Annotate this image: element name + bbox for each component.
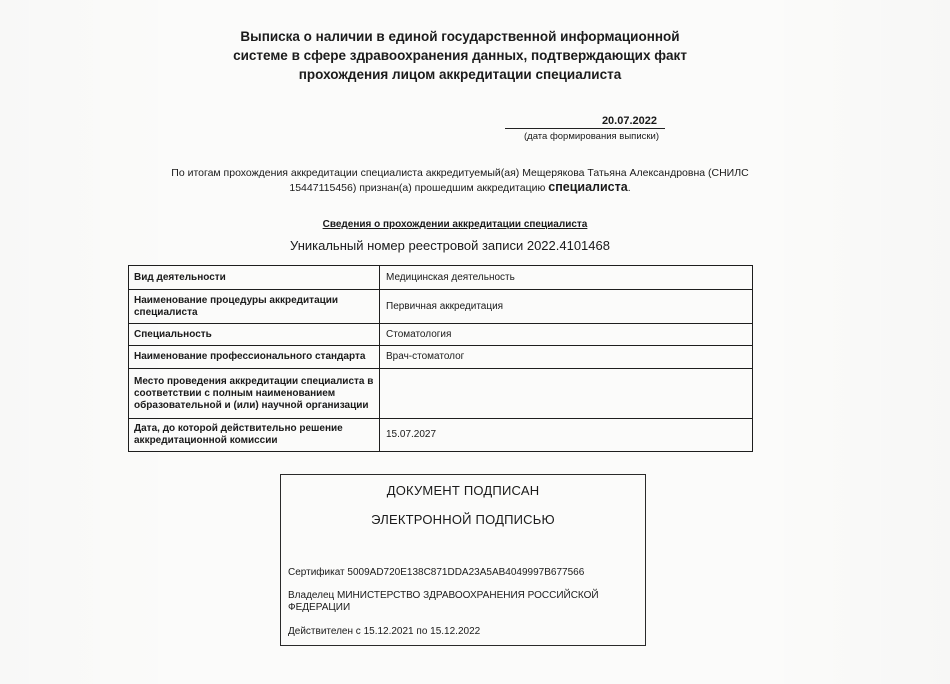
row-label: Наименование процедуры аккредитации спец… <box>129 290 380 324</box>
row-value: Медицинская деятельность <box>380 266 753 290</box>
title-line: Выписка о наличии в единой государственн… <box>200 27 720 46</box>
table-row: Дата, до которой действительно решение а… <box>129 419 753 452</box>
table-row: Место проведения аккредитации специалист… <box>129 369 753 419</box>
certificate-number: Сертификат 5009AD720E138C871DDA23A5AB404… <box>288 567 628 579</box>
row-label: Место проведения аккредитации специалист… <box>129 369 380 419</box>
certificate-owner: Владелец МИНИСТЕРСТВО ЗДРАВООХРАНЕНИЯ РО… <box>288 590 628 614</box>
signature-heading-line1: ДОКУМЕНТ ПОДПИСАН <box>281 483 645 498</box>
table-row: Специальность Стоматология <box>129 324 753 346</box>
title-line: системе в сфере здравоохранения данных, … <box>200 46 720 65</box>
table-row: Наименование профессионального стандарта… <box>129 346 753 369</box>
row-label: Специальность <box>129 324 380 346</box>
table-row: Вид деятельности Медицинская деятельност… <box>129 266 753 290</box>
issue-date-caption: (дата формирования выписки) <box>505 131 665 143</box>
title-line: прохождения лицом аккредитации специалис… <box>200 65 720 84</box>
row-label: Наименование профессионального стандарта <box>129 346 380 369</box>
row-label: Дата, до которой действительно решение а… <box>129 419 380 452</box>
intro-trailing: . <box>628 182 631 194</box>
section-title: Сведения о прохождении аккредитации спец… <box>280 219 630 230</box>
issue-date-block: 20.07.2022 (дата формирования выписки) <box>505 115 665 143</box>
issue-date: 20.07.2022 <box>505 115 665 129</box>
document-title: Выписка о наличии в единой государственн… <box>200 27 720 84</box>
registry-number: Уникальный номер реестровой записи 2022.… <box>240 238 660 253</box>
table-row: Наименование процедуры аккредитации спец… <box>129 290 753 324</box>
row-value: Врач-стоматолог <box>380 346 753 369</box>
row-value: Стоматология <box>380 324 753 346</box>
accreditation-table: Вид деятельности Медицинская деятельност… <box>128 265 753 452</box>
certificate-validity: Действителен с 15.12.2021 по 15.12.2022 <box>288 626 628 638</box>
intro-text: По итогам прохождения аккредитации специ… <box>171 167 748 194</box>
signature-heading-line2: ЭЛЕКТРОННОЙ ПОДПИСЬЮ <box>281 512 645 527</box>
intro-paragraph: По итогам прохождения аккредитации специ… <box>150 166 770 195</box>
document-page: Выписка о наличии в единой государственн… <box>0 0 950 684</box>
row-value: 15.07.2027 <box>380 419 753 452</box>
intro-emphasis: специалиста <box>548 180 627 194</box>
row-label: Вид деятельности <box>129 266 380 290</box>
row-value: Первичная аккредитация <box>380 290 753 324</box>
electronic-signature-stamp: ДОКУМЕНТ ПОДПИСАН ЭЛЕКТРОННОЙ ПОДПИСЬЮ С… <box>280 474 646 646</box>
row-value <box>380 369 753 419</box>
